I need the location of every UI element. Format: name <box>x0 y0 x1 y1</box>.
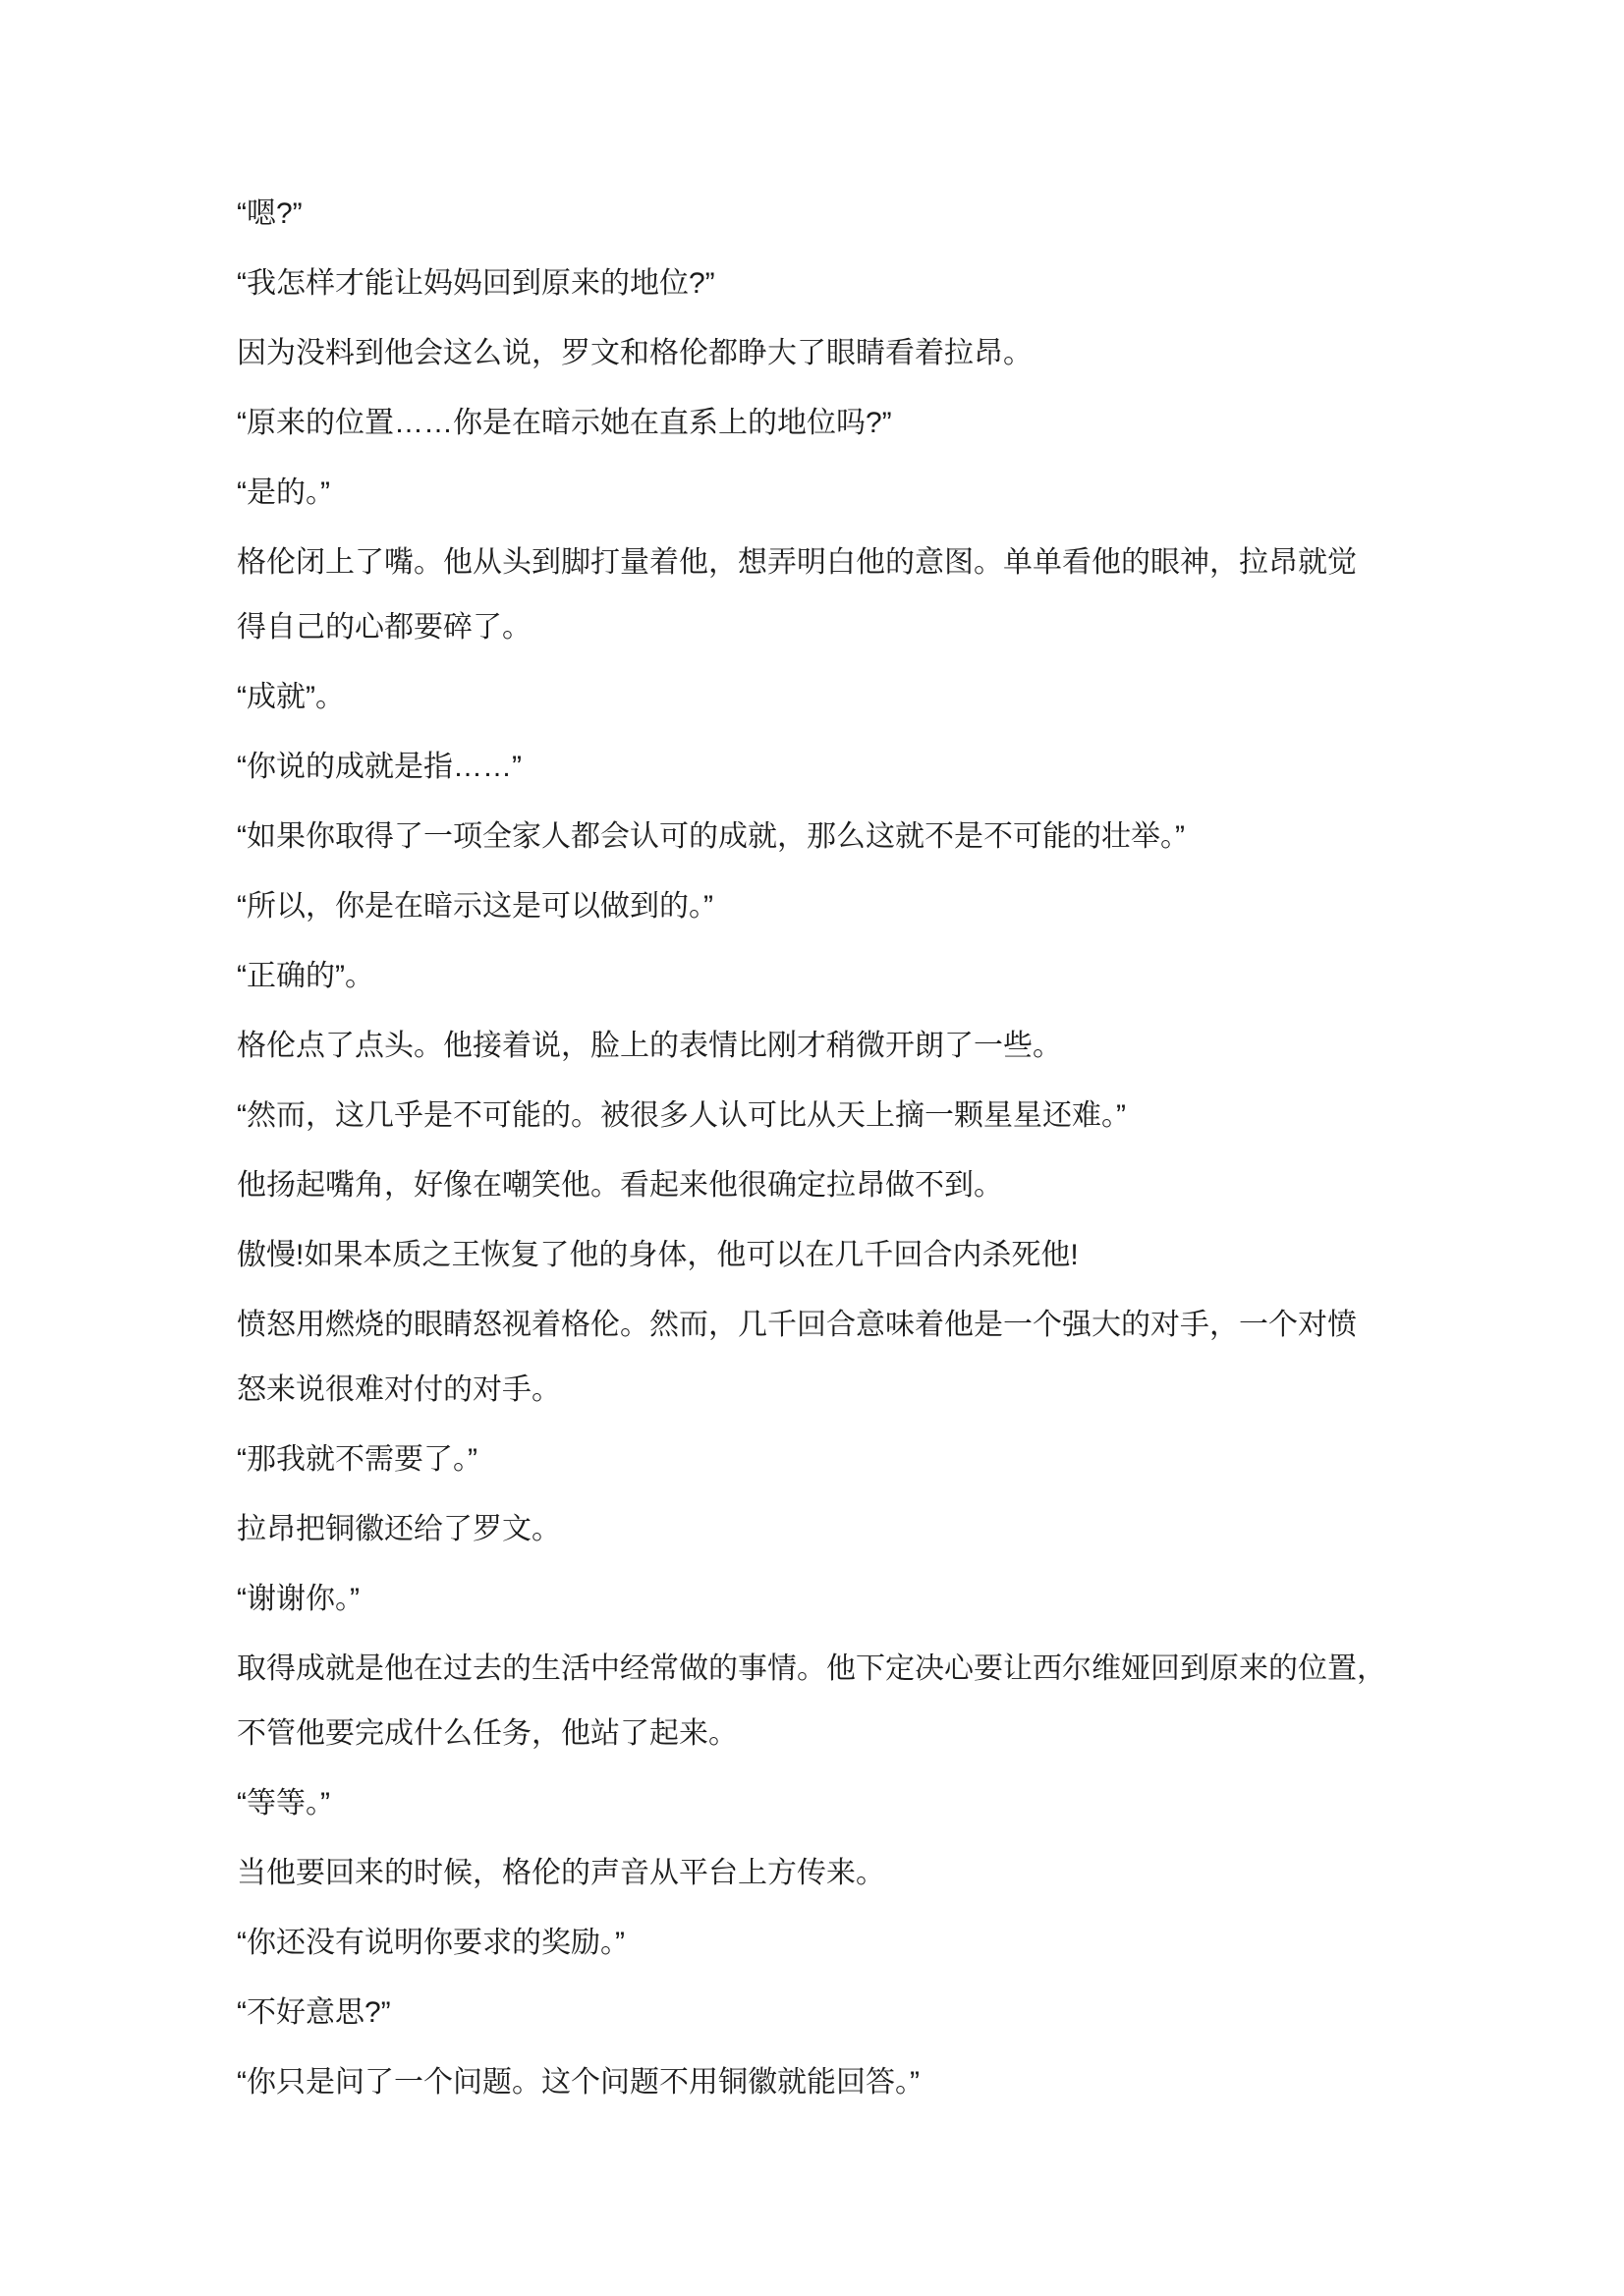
paragraph: 因为没料到他会这么说，罗文和格伦都睁大了眼睛看着拉昂。 <box>237 321 1447 386</box>
paragraph: 愤怒用燃烧的眼睛怒视着格伦。然而，几千回合意味着他是一个强大的对手，一个对愤 怒… <box>237 1293 1447 1423</box>
paragraph: “你说的成就是指……” <box>237 735 1447 800</box>
text-document: “嗯?” “我怎样才能让妈妈回到原来的地位?” 因为没料到他会这么说，罗文和格伦… <box>0 0 1624 2296</box>
paragraph: “如果你取得了一项全家人都会认可的成就，那么这就不是不可能的壮举。” <box>237 805 1447 869</box>
paragraph: 格伦闭上了嘴。他从头到脚打量着他，想弄明白他的意图。单单看他的眼神，拉昂就觉 得… <box>237 531 1447 660</box>
paragraph: “我怎样才能让妈妈回到原来的地位?” <box>237 252 1447 316</box>
paragraph: “嗯?” <box>237 182 1447 247</box>
paragraph: “原来的位置……你是在暗示她在直系上的地位吗?” <box>237 391 1447 456</box>
paragraph: “你只是问了一个问题。这个问题不用铜徽就能回答。” <box>237 2050 1447 2115</box>
paragraph: 傲慢!如果本质之王恢复了他的身体，他可以在几千回合内杀死他! <box>237 1223 1447 1288</box>
paragraph: 当他要回来的时候，格伦的声音从平台上方传来。 <box>237 1841 1447 1906</box>
paragraph: “成就”。 <box>237 665 1447 730</box>
paragraph: 拉昂把铜徽还给了罗文。 <box>237 1497 1447 1562</box>
paragraph: “你还没有说明你要求的奖励。” <box>237 1911 1447 1976</box>
paragraph: “等等。” <box>237 1771 1447 1836</box>
paragraph: “是的。” <box>237 461 1447 526</box>
document-page: { "page": { "background_color": "#ffffff… <box>0 0 1624 2296</box>
paragraph: 他扬起嘴角，好像在嘲笑他。看起来他很确定拉昂做不到。 <box>237 1153 1447 1218</box>
paragraph: “然而，这几乎是不可能的。被很多人认可比从天上摘一颗星星还难。” <box>237 1084 1447 1148</box>
paragraph: “那我就不需要了。” <box>237 1428 1447 1492</box>
paragraph: 格伦点了点头。他接着说，脸上的表情比刚才稍微开朗了一些。 <box>237 1014 1447 1079</box>
paragraph: “谢谢你。” <box>237 1567 1447 1632</box>
paragraph: “不好意思?” <box>237 1981 1447 2045</box>
paragraph: 取得成就是他在过去的生活中经常做的事情。他下定决心要让西尔维娅回到原来的位置， … <box>237 1637 1447 1766</box>
paragraph: “正确的”。 <box>237 944 1447 1009</box>
paragraph: “所以，你是在暗示这是可以做到的。” <box>237 874 1447 939</box>
